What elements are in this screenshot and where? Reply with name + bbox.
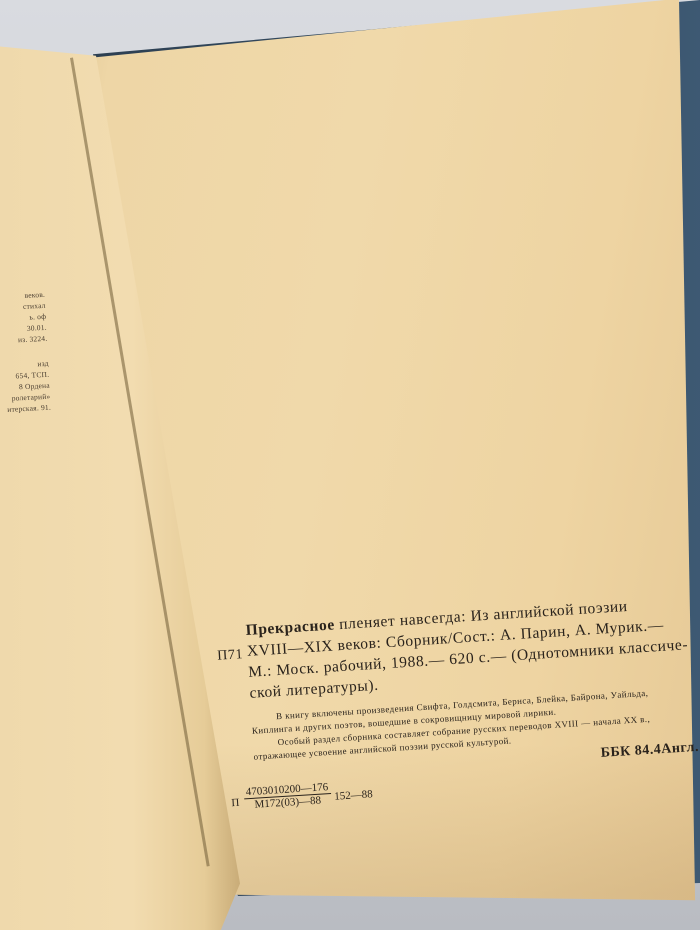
index-mark: П	[231, 797, 240, 809]
left-page-text: веков. стихал ь. оф 30.01. из. 3224. изд…	[0, 289, 51, 415]
bbk-code: ББК 84.4Англ.	[600, 740, 699, 762]
imprint-block: П71 Прекрасное пленяет навсегда: Из англ…	[245, 591, 700, 825]
order-number: 152—88	[334, 788, 373, 802]
photo-scene: веков. стихал ь. оф 30.01. из. 3224. изд…	[0, 0, 700, 930]
catalog-fraction: 4703010200—176 М172(03)—88	[243, 781, 331, 811]
classification-code: П71	[217, 644, 244, 667]
